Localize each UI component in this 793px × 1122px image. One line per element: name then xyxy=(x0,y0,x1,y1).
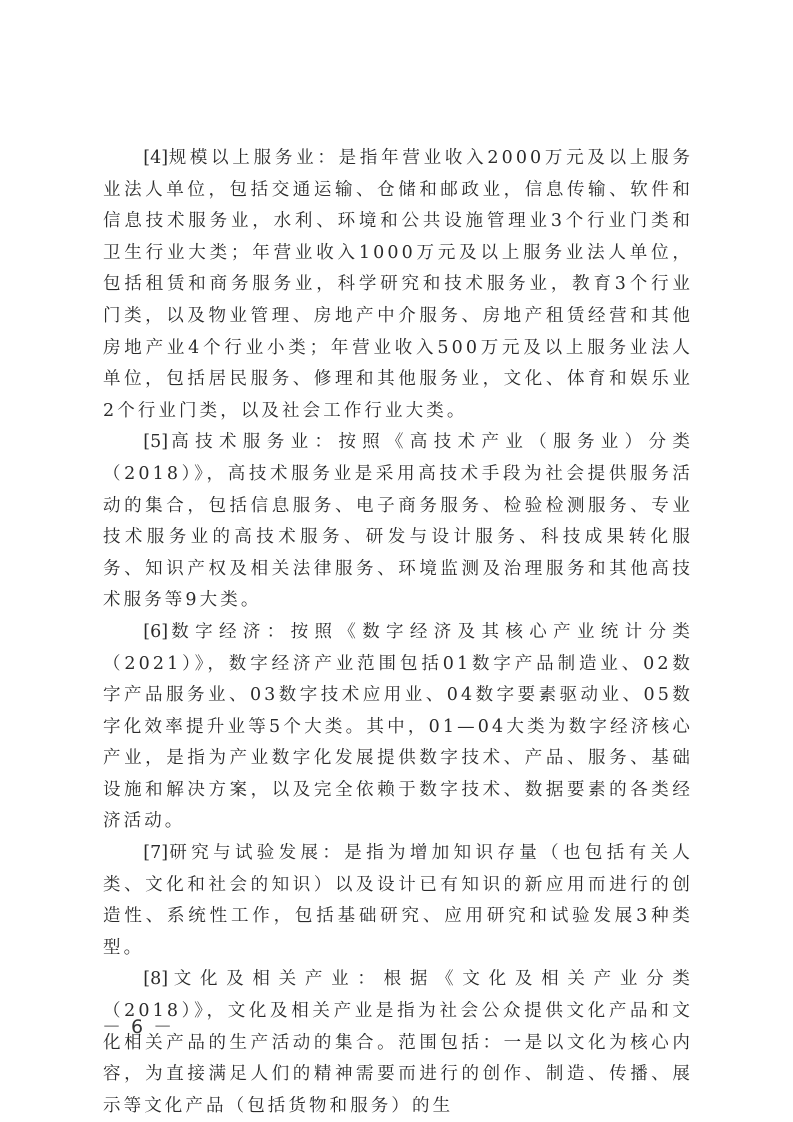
footnote-ref: [4] xyxy=(143,148,168,168)
page-number: － 6 － xyxy=(102,1012,174,1039)
footnote-text: 数字经济：按照《数字经济及其核心产业统计分类（2021）》，数字经济产业范围包括… xyxy=(103,622,693,832)
footnote-text: 高技术服务业：按照《高技术产业（服务业）分类（2018）》，高技术服务业是采用高… xyxy=(103,432,693,610)
footnote-ref: [6] xyxy=(143,622,168,642)
footnote-ref: [8] xyxy=(143,969,168,989)
footnote-7: [7]研究与试验发展：是指为增加知识存量（也包括有关人类、文化和社会的知识）以及… xyxy=(103,838,693,964)
footnote-8: [8]文化及相关产业：根据《文化及相关产业分类（2018）》，文化及相关产业是指… xyxy=(103,964,693,1122)
footnote-5: [5]高技术服务业：按照《高技术产业（服务业）分类（2018）》，高技术服务业是… xyxy=(103,427,693,617)
footnote-text: 规模以上服务业：是指年营业收入2000万元及以上服务业法人单位，包括交通运输、仓… xyxy=(103,148,693,421)
footnote-ref: [5] xyxy=(143,432,168,452)
footnote-6: [6]数字经济：按照《数字经济及其核心产业统计分类（2021）》，数字经济产业范… xyxy=(103,617,693,838)
footnote-text: 文化及相关产业：根据《文化及相关产业分类（2018）》，文化及相关产业是指为社会… xyxy=(103,969,693,1115)
footnote-4: [4]规模以上服务业：是指年营业收入2000万元及以上服务业法人单位，包括交通运… xyxy=(103,143,693,427)
footnote-ref: [7] xyxy=(143,843,168,863)
footnotes-body: [4]规模以上服务业：是指年营业收入2000万元及以上服务业法人单位，包括交通运… xyxy=(103,143,693,1122)
document-page: [4]规模以上服务业：是指年营业收入2000万元及以上服务业法人单位，包括交通运… xyxy=(0,0,793,1122)
footnote-text: 研究与试验发展：是指为增加知识存量（也包括有关人类、文化和社会的知识）以及设计已… xyxy=(103,843,693,958)
